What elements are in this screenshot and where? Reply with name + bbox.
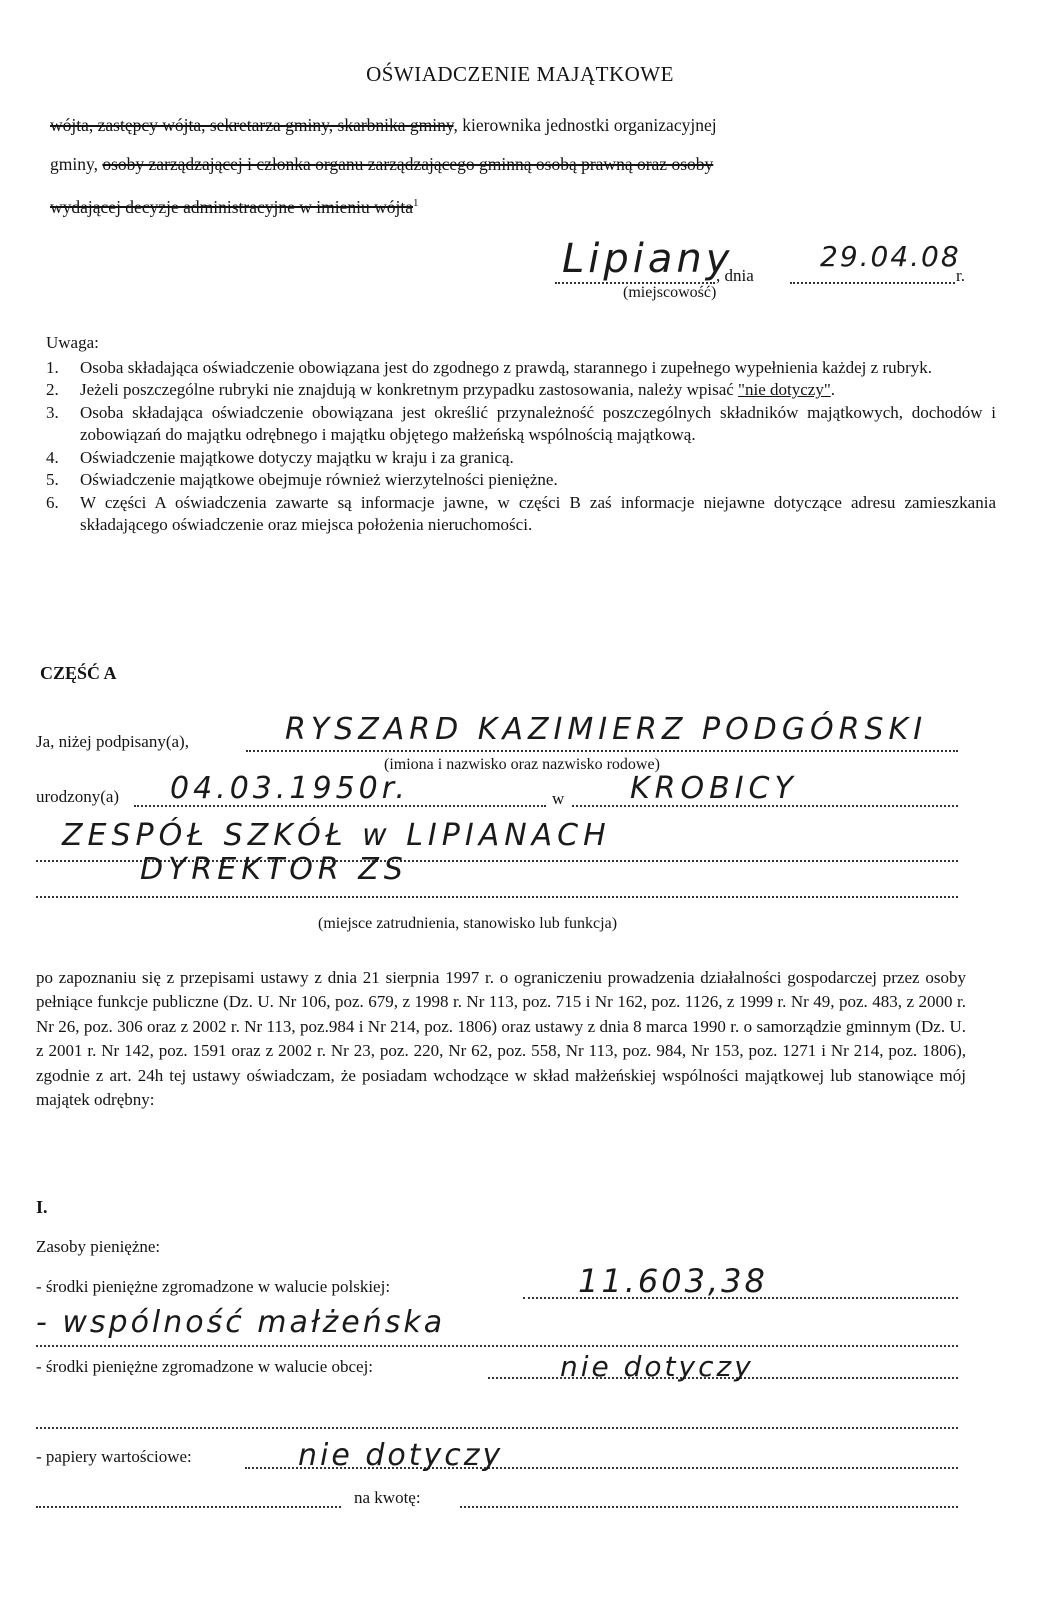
section-1-subheading: Zasoby pieniężne: — [36, 1237, 160, 1257]
note-item: 5. Oświadczenie majątkowe obejmuje równi… — [46, 469, 996, 492]
pln-label: - środki pieniężne zgromadzone w walucie… — [36, 1277, 390, 1297]
date-label: , dnia — [716, 266, 754, 286]
note-item: 1. Osoba składająca oświadczenie obowiąz… — [46, 357, 996, 380]
note-item: 3. Osoba składająca oświadczenie obowiąz… — [46, 402, 996, 447]
intro-text: , kierownika jednostki organizacyjnej — [454, 115, 717, 135]
date-field-line — [790, 282, 955, 284]
born-date-value[interactable]: 04.03.1950r. — [170, 771, 409, 806]
struck-text: wydającej decyzje administracyjne w imie… — [50, 197, 413, 217]
footnote-marker: 1 — [413, 197, 419, 209]
securities-value[interactable]: nie dotyczy — [298, 1438, 503, 1473]
signed-name-value[interactable]: RYSZARD KAZIMIERZ PODGÓRSKI — [285, 712, 927, 747]
employment-line-2-value[interactable]: DYREKTOR ZS — [140, 852, 408, 887]
foreign-value[interactable]: nie dotyczy — [560, 1350, 754, 1383]
legal-statement: po zapoznaniu się z przepisami ustawy z … — [36, 966, 966, 1112]
note-item: 6. W części A oświadczenia zawarte są in… — [46, 492, 996, 537]
intro-line-1: wójta, zastępcy wójta, sekretarza gminy,… — [50, 112, 980, 138]
employment-line-2 — [36, 896, 958, 898]
document-title: OŚWIADCZENIE MAJĄTKOWE — [0, 62, 1040, 87]
signed-caption: (imiona i nazwisko oraz nazwisko rodowe) — [384, 756, 660, 774]
nie-dotyczy-quote: "nie dotyczy" — [738, 380, 831, 399]
part-a-heading: CZĘŚĆ A — [40, 663, 117, 684]
date-value[interactable]: 29.04.08 — [820, 240, 961, 273]
date-suffix: r. — [956, 266, 965, 286]
born-label: urodzony(a) — [36, 787, 119, 807]
place-caption: (miejscowość) — [623, 284, 716, 302]
note-item: 4. Oświadczenie majątkowe dotyczy majątk… — [46, 447, 996, 470]
struck-text: wójta, zastępcy wójta, sekretarza gminy,… — [50, 115, 454, 135]
amount-field-line — [460, 1506, 958, 1508]
signed-label: Ja, niżej podpisany(a), — [36, 732, 189, 752]
struck-text: osoby zarządzającej i członka organu zar… — [102, 154, 713, 174]
pln-note-line — [36, 1345, 958, 1347]
foreign-extra-line — [36, 1427, 958, 1429]
intro-text: gminy, — [50, 154, 102, 174]
place-value[interactable]: Lipiany — [562, 236, 733, 282]
section-1-heading: I. — [36, 1197, 48, 1218]
intro-line-3: wydającej decyzje administracyjne w imie… — [50, 190, 980, 220]
amount-label: na kwotę: — [354, 1488, 421, 1508]
pln-value[interactable]: 11.603,38 — [578, 1262, 768, 1300]
securities-desc-line — [36, 1506, 341, 1508]
notes-section: Uwaga: 1. Osoba składająca oświadczenie … — [46, 332, 996, 537]
employment-caption: (miejsce zatrudnienia, stanowisko lub fu… — [318, 915, 617, 933]
notes-heading: Uwaga: — [46, 332, 996, 355]
note-item: 2. Jeżeli poszczególne rubryki nie znajd… — [46, 379, 996, 402]
signed-field-line — [246, 750, 958, 752]
pln-note-value[interactable]: - wspólność małżeńska — [36, 1305, 445, 1340]
born-place-value[interactable]: KROBICY — [630, 771, 798, 806]
employment-line-1-value[interactable]: ZESPÓŁ SZKÓŁ w LIPIANACH — [62, 818, 611, 853]
intro-line-2: gminy, osoby zarządzającej i członka org… — [50, 151, 980, 177]
born-in-label: w — [552, 789, 564, 809]
securities-label: - papiery wartościowe: — [36, 1447, 192, 1467]
foreign-label: - środki pieniężne zgromadzone w walucie… — [36, 1357, 373, 1377]
